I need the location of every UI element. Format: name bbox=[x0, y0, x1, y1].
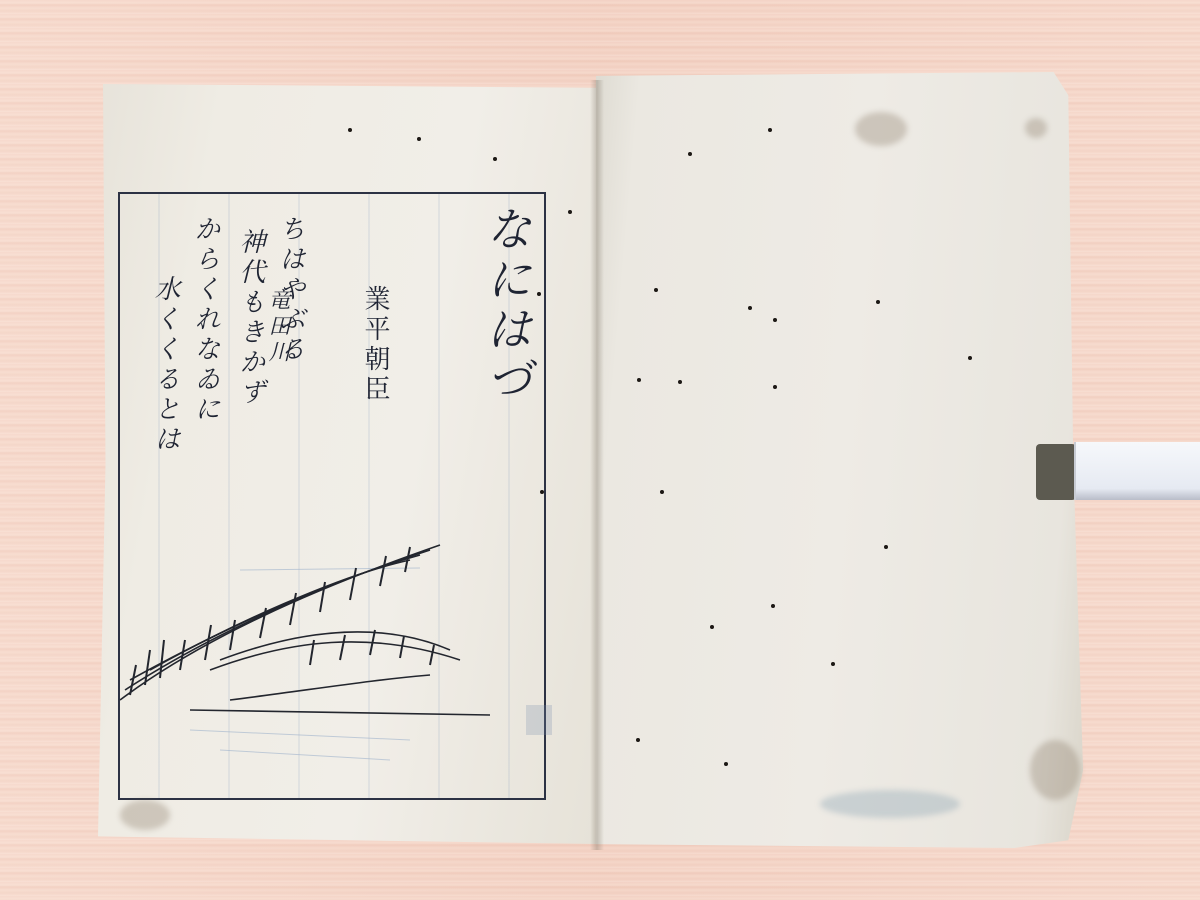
book-gutter bbox=[590, 80, 604, 850]
wormhole bbox=[540, 490, 544, 494]
wormhole bbox=[348, 128, 352, 132]
blue-show-through bbox=[820, 790, 960, 818]
publisher-seal-show-through bbox=[526, 705, 552, 735]
poem-line: からくれなゐに bbox=[190, 215, 220, 425]
poem-line: 水くくるとは bbox=[150, 275, 180, 455]
wormhole bbox=[748, 306, 752, 310]
wormhole bbox=[876, 300, 880, 304]
wormhole bbox=[968, 356, 972, 360]
wormhole bbox=[884, 545, 888, 549]
poem-line: 竜田川 bbox=[262, 288, 292, 366]
foxing-stain bbox=[1025, 118, 1047, 138]
reeds-illustration bbox=[110, 520, 550, 810]
wormhole bbox=[773, 385, 777, 389]
wormhole bbox=[688, 152, 692, 156]
wormhole bbox=[636, 738, 640, 742]
foxing-stain bbox=[855, 112, 907, 146]
poet-name: 業平朝臣 bbox=[360, 285, 390, 405]
wormhole bbox=[678, 380, 682, 384]
wormhole bbox=[417, 137, 421, 141]
wormhole bbox=[568, 210, 572, 214]
wormhole bbox=[493, 157, 497, 161]
wormhole bbox=[768, 128, 772, 132]
wormhole bbox=[771, 604, 775, 608]
wormhole bbox=[831, 662, 835, 666]
wormhole bbox=[710, 625, 714, 629]
poem-line: 神代もきかず bbox=[235, 228, 265, 408]
foxing-stain bbox=[1030, 740, 1080, 800]
book-clip bbox=[1036, 442, 1200, 502]
wormhole bbox=[773, 318, 777, 322]
title-calligraphy: なにはづ bbox=[480, 205, 532, 405]
foxing-stain bbox=[120, 800, 170, 830]
wormhole bbox=[537, 292, 541, 296]
clip-blade bbox=[1074, 442, 1200, 500]
right-page bbox=[596, 72, 1088, 848]
wormhole bbox=[724, 762, 728, 766]
wormhole bbox=[654, 288, 658, 292]
clip-shank bbox=[1036, 444, 1076, 500]
wormhole bbox=[637, 378, 641, 382]
wormhole bbox=[660, 490, 664, 494]
